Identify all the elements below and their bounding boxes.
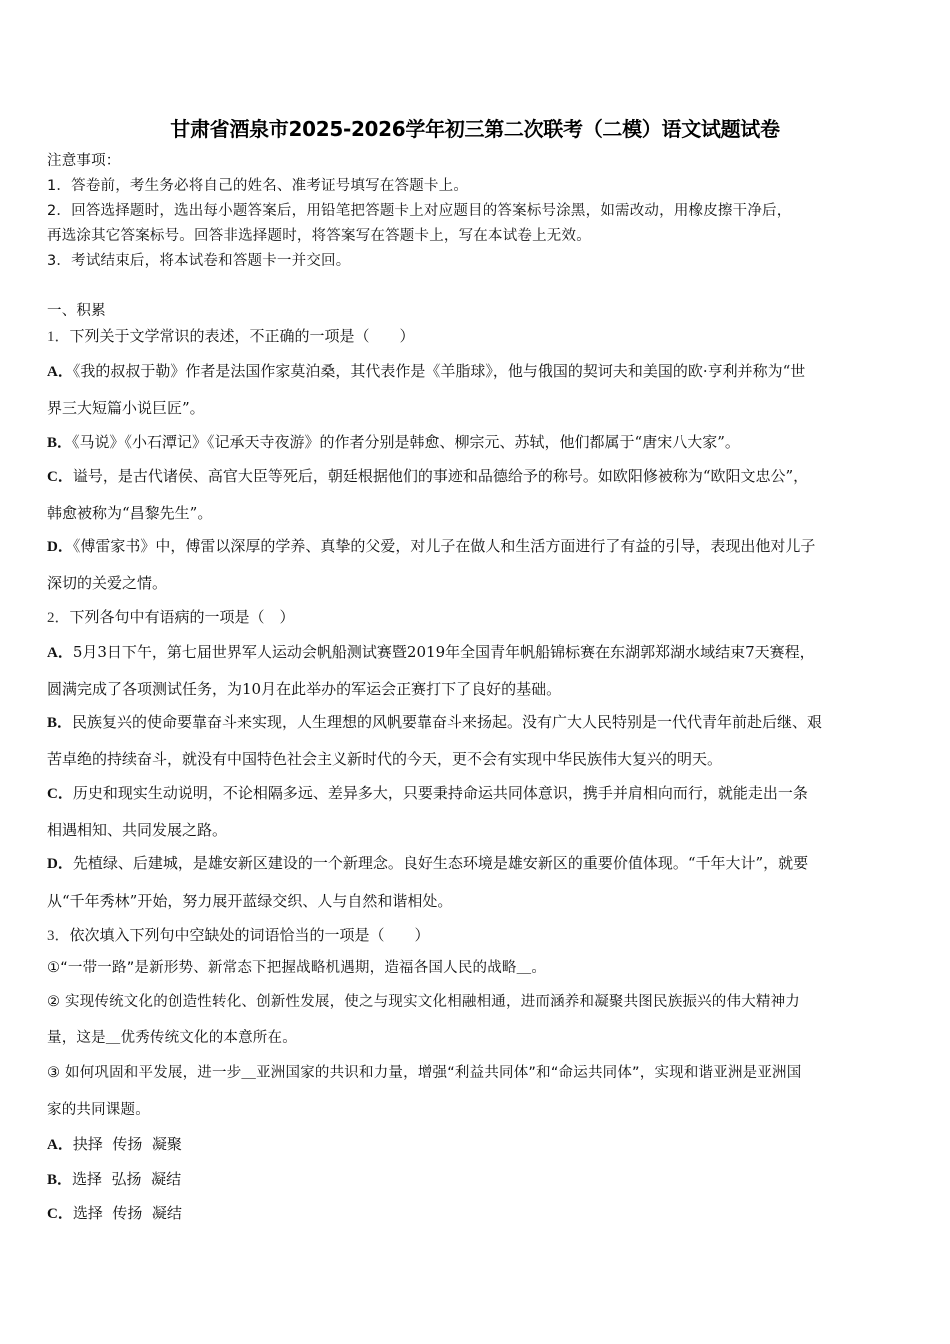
question-text: 依次填入下列句中空缺处的词语恰当的一项是（ ） — [70, 926, 430, 944]
option-label: D． — [47, 856, 73, 872]
option-label: B． — [47, 1172, 72, 1188]
q2-option-a-cont: 圆满完成了各项测试任务，为10月在此举办的军运会正赛打下了良好的基础。 — [47, 679, 909, 699]
option-text: 谥号，是古代诸侯、高官大臣等死后，朝廷根据他们的事迹和品德给予的称号。如欧阳修被… — [73, 467, 808, 485]
q2-option-a: A．5月3日下午，第七届世界军人运动会帆船测试赛暨2019年全国青年帆船锦标赛在… — [47, 642, 909, 663]
option-text: 《我的叔叔于勒》作者是法国作家莫泊桑，其代表作是《羊脂球》，他与俄国的契诃夫和美… — [73, 362, 805, 380]
option-label: D． — [47, 539, 73, 555]
q1-option-d: D．《傅雷家书》中，傅雷以深厚的学养、真挚的父爱，对儿子在做人和生活方面进行了有… — [47, 536, 909, 557]
q1-option-c: C．谥号，是古代诸侯、高官大臣等死后，朝廷根据他们的事迹和品德给予的称号。如欧阳… — [47, 466, 909, 487]
question-3-stem: 3．依次填入下列句中空缺处的词语恰当的一项是（ ） — [47, 925, 909, 946]
question-number: 1． — [47, 329, 70, 345]
question-2-stem: 2．下列各句中有语病的一项是（ ） — [47, 607, 909, 628]
option-label: C． — [47, 1206, 73, 1222]
notice-item-1: 1．答卷前，考生务必将自己的姓名、准考证号填写在答题卡上。 — [47, 176, 909, 196]
exam-page: 甘肃省酒泉市2025-2026学年初三第二次联考（二模）语文试题试卷 注意事项：… — [0, 0, 950, 1344]
q3-option-a: A．抉择 传扬 凝聚 — [47, 1134, 909, 1155]
q3-sentence-2: ② 实现传统文化的创造性转化、创新性发展，使之与现实文化相融相通，进而涵养和凝聚… — [47, 992, 909, 1012]
question-text: 下列各句中有语病的一项是（ ） — [70, 608, 295, 626]
q2-option-c: C．历史和现实生动说明，不论相隔多远、差异多大，只要秉持命运共同体意识，携手并肩… — [47, 783, 909, 804]
option-label: B． — [47, 435, 72, 451]
q2-option-c-cont: 相遇相知、共同发展之路。 — [47, 820, 909, 840]
q3-option-b: B．选择 弘扬 凝结 — [47, 1169, 909, 1190]
exam-title: 甘肃省酒泉市2025-2026学年初三第二次联考（二模）语文试题试卷 — [0, 113, 950, 142]
option-text: 抉择 传扬 凝聚 — [73, 1135, 182, 1153]
q1-option-a: A．《我的叔叔于勒》作者是法国作家莫泊桑，其代表作是《羊脂球》，他与俄国的契诃夫… — [47, 361, 909, 382]
option-text: 民族复兴的使命要靠奋斗来实现，人生理想的风帆要靠奋斗来扬起。没有广大人民特别是一… — [72, 713, 822, 731]
notice-heading: 注意事项： — [47, 151, 909, 171]
q1-option-d-cont: 深切的关爱之情。 — [47, 573, 909, 593]
question-number: 2． — [47, 610, 70, 626]
option-label: B． — [47, 715, 72, 731]
option-text: 先植绿、后建城，是雄安新区建设的一个新理念。良好生态环境是雄安新区的重要价值体现… — [73, 854, 808, 872]
option-label: C． — [47, 469, 73, 485]
q2-option-d-cont: 从“千年秀林”开始，努力展开蓝绿交织、人与自然和谐相处。 — [47, 891, 909, 911]
q1-option-b: B．《马说》《小石潭记》《记承天寺夜游》的作者分别是韩愈、柳宗元、苏轼，他们都属… — [47, 432, 909, 453]
option-text: 选择 传扬 凝结 — [73, 1204, 182, 1222]
question-text: 下列关于文学常识的表述，不正确的一项是（ ） — [70, 327, 415, 345]
q3-sentence-3: ③ 如何巩固和平发展，进一步＿亚洲国家的共识和力量，增强“利益共同体”和“命运共… — [47, 1063, 909, 1083]
option-text: 《马说》《小石潭记》《记承天寺夜游》的作者分别是韩愈、柳宗元、苏轼，他们都属于“… — [72, 433, 740, 451]
q2-option-b-cont: 苦卓绝的持续奋斗，就没有中国特色社会主义新时代的今天，更不会有实现中华民族伟大复… — [47, 749, 909, 769]
option-label: A． — [47, 1137, 73, 1153]
notice-item-2-cont: 再选涂其它答案标号。回答非选择题时，将答案写在答题卡上，写在本试卷上无效。 — [47, 226, 909, 246]
option-text: 《傅雷家书》中，傅雷以深厚的学养、真挚的父爱，对儿子在做人和生活方面进行了有益的… — [73, 537, 816, 555]
q3-option-c: C．选择 传扬 凝结 — [47, 1203, 909, 1224]
q3-sentence-1: ①“一带一路”是新形势、新常态下把握战略机遇期，造福各国人民的战略＿。 — [47, 958, 909, 978]
q2-option-d: D．先植绿、后建城，是雄安新区建设的一个新理念。良好生态环境是雄安新区的重要价值… — [47, 853, 909, 874]
q1-option-c-cont: 韩愈被称为“昌黎先生”。 — [47, 503, 909, 523]
question-1-stem: 1．下列关于文学常识的表述，不正确的一项是（ ） — [47, 326, 909, 347]
option-label: A． — [47, 645, 73, 661]
option-text: 选择 弘扬 凝结 — [72, 1170, 181, 1188]
notice-item-2: 2．回答选择题时，选出每小题答案后，用铅笔把答题卡上对应题目的答案标号涂黑，如需… — [47, 201, 909, 221]
option-label: A． — [47, 364, 73, 380]
q3-sentence-2-cont: 量，这是＿优秀传统文化的本意所在。 — [47, 1028, 909, 1048]
question-number: 3． — [47, 928, 70, 944]
option-label: C． — [47, 786, 73, 802]
option-text: 5月3日下午，第七届世界军人运动会帆船测试赛暨2019年全国青年帆船锦标赛在东湖… — [73, 643, 815, 661]
section-heading: 一、积累 — [47, 301, 909, 321]
option-text: 历史和现实生动说明，不论相隔多远、差异多大，只要秉持命运共同体意识，携手并肩相向… — [73, 784, 808, 802]
q2-option-b: B．民族复兴的使命要靠奋斗来实现，人生理想的风帆要靠奋斗来扬起。没有广大人民特别… — [47, 712, 909, 733]
q1-option-a-cont: 界三大短篇小说巨匠”。 — [47, 398, 909, 418]
q3-sentence-3-cont: 家的共同课题。 — [47, 1100, 909, 1120]
notice-item-3: 3．考试结束后，将本试卷和答题卡一并交回。 — [47, 251, 909, 271]
